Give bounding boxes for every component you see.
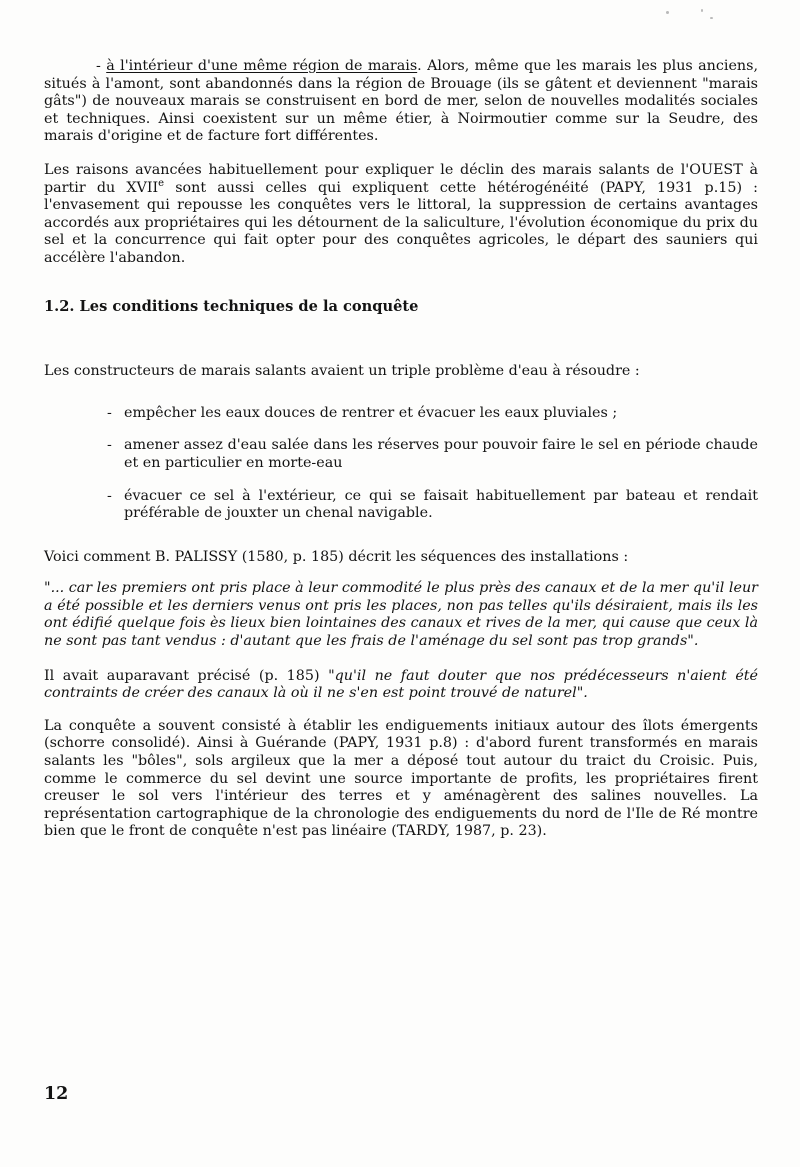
- palissy-quote: "... car les premiers ont pris place à l…: [44, 580, 758, 650]
- list-item: - évacuer ce sel à l'extérieur, ce qui s…: [44, 488, 758, 523]
- list-item-text: évacuer ce sel à l'extérieur, ce qui se …: [124, 488, 758, 522]
- page-number: 12: [44, 1086, 68, 1104]
- list-item: - amener assez d'eau salée dans les rése…: [44, 437, 758, 472]
- list-item-text: amener assez d'eau salée dans les réserv…: [124, 437, 758, 471]
- scan-artifact: [666, 11, 669, 14]
- dash-bullet-marker: -: [107, 405, 112, 423]
- intro-paragraph: Les constructeurs de marais salants avai…: [44, 363, 758, 381]
- scan-artifact: [701, 9, 703, 12]
- underlined-phrase: à l'intérieur d'une même région de marai…: [106, 58, 417, 74]
- section-heading: 1.2. Les conditions techniques de la con…: [44, 298, 758, 316]
- palissy-intro-paragraph: Voici comment B. PALISSY (1580, p. 185) …: [44, 549, 758, 567]
- problems-list: - empêcher les eaux douces de rentrer et…: [44, 405, 758, 523]
- list-item: - empêcher les eaux douces de rentrer et…: [44, 405, 758, 423]
- dash-bullet-marker: -: [107, 437, 112, 455]
- paragraph-declin-marais: Les raisons avancées habituellement pour…: [44, 162, 758, 268]
- precision-paragraph: Il avait auparavant précisé (p. 185) "qu…: [44, 668, 758, 703]
- scan-artifact: [710, 17, 713, 19]
- paragraph-text: Il avait auparavant précisé (p. 185): [44, 668, 328, 684]
- paragraph-conquete: La conquête a souvent consisté à établir…: [44, 718, 758, 841]
- document-page: - à l'intérieur d'une même région de mar…: [0, 0, 800, 1167]
- paragraph-region-marais: - à l'intérieur d'une même région de mar…: [44, 58, 758, 146]
- list-item-text: empêcher les eaux douces de rentrer et é…: [124, 405, 617, 421]
- dash-bullet-marker: -: [107, 488, 112, 506]
- bullet-dash: -: [96, 58, 106, 74]
